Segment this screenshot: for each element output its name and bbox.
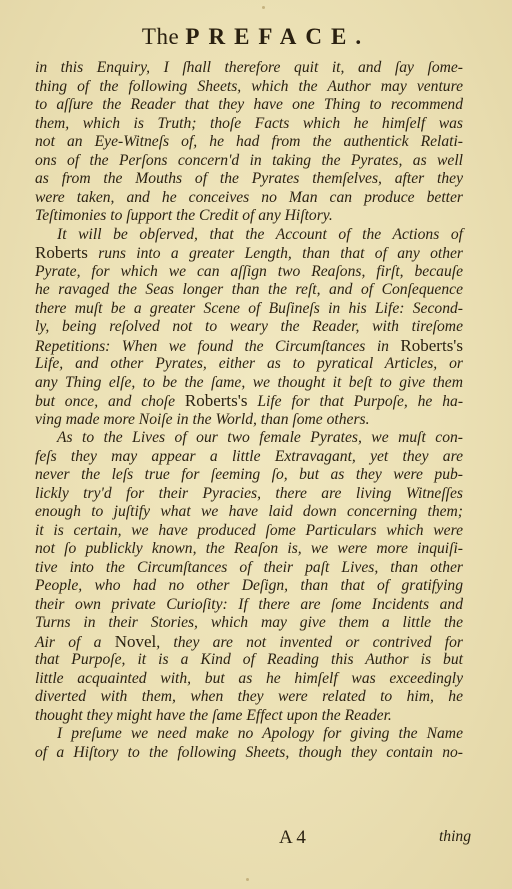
text-line: never the leſs true for ſeeming ſo, but … (35, 466, 463, 485)
text-line: he ravaged the Seas longer than the reſt… (35, 281, 463, 300)
roman-name: Roberts's (185, 391, 248, 410)
paragraph-2: It will be obſerved, that the Account of… (35, 226, 463, 430)
text-line: lickly try'd for their Pyracies, there a… (35, 485, 463, 504)
text-line: tive into the Circumſtances of their paſ… (35, 559, 463, 578)
text-line: but once, and choſe Roberts's Life for t… (35, 392, 463, 411)
text-line: their own private Curioſity: If there ar… (35, 596, 463, 615)
text-line: Life, and other Pyrates, either as to py… (35, 355, 463, 374)
text-line: ving made more Noiſe in the World, than … (35, 411, 463, 430)
text-line: Roberts runs into a greater Length, than… (35, 244, 463, 263)
text-line: it is certain, we have produced ſome Par… (35, 522, 463, 541)
text-line: as from the Mouths of the Pyrates themſe… (35, 170, 463, 189)
text-line: Turns in their Stories, which may give t… (35, 614, 463, 633)
text-line: As to the Lives of our two female Pyrate… (35, 429, 463, 448)
text-line: It will be obſerved, that the Account of… (35, 226, 463, 245)
text-line: People, who had no other Deſign, than th… (35, 577, 463, 596)
text-line: there muſt be a greater Scene of Buſineſ… (35, 300, 463, 319)
book-page: The PREFACE. in this Enquiry, I ſhall th… (0, 0, 512, 889)
signature-mark: A 4 (279, 827, 306, 849)
running-head: The PREFACE. (0, 24, 512, 50)
text-line: ly, being reſolved not to weary the Read… (35, 318, 463, 337)
text-line: thought they might have the ſame Effect … (35, 707, 463, 726)
text-line: ons of the Perſons concern'd in taking t… (35, 152, 463, 171)
paper-speck (246, 878, 249, 881)
text-line: thing of the following Sheets, which the… (35, 78, 463, 97)
text-line: that Purpoſe, it is a Kind of Reading th… (35, 651, 463, 670)
roman-name: Roberts's (400, 336, 463, 355)
roman-name: Roberts (35, 243, 88, 262)
paper-speck (262, 6, 265, 9)
running-head-prefix: The (142, 24, 179, 49)
text-line: not ſo publickly known, the Reaſon is, w… (35, 540, 463, 559)
text-line: to aſſure the Reader that they have one … (35, 96, 463, 115)
body-text: in this Enquiry, I ſhall therefore quit … (35, 59, 463, 762)
text-line: any Thing elſe, to be the ſame, we thoug… (35, 374, 463, 393)
roman-name: Novel (115, 632, 157, 651)
text-line: I preſume we need make no Apology for gi… (35, 725, 463, 744)
text-line: enough to juſtify what we have laid down… (35, 503, 463, 522)
text-line: Pyrate, for which we can aſſign two Reaſ… (35, 263, 463, 282)
text-line: were taken, and he conceives no Man can … (35, 189, 463, 208)
text-line: Teſtimonies to ſupport the Credit of any… (35, 207, 463, 226)
text-line: diverted with them, when they were relat… (35, 688, 463, 707)
text-line: them, which is Truth; thoſe Facts which … (35, 115, 463, 134)
catchword: thing (439, 828, 471, 846)
text-line: Air of a Novel, they are not invented or… (35, 633, 463, 652)
running-head-title: PREFACE. (185, 24, 370, 49)
text-line: of a Hiſtory to the following Sheets, th… (35, 744, 463, 763)
text-line: in this Enquiry, I ſhall therefore quit … (35, 59, 463, 78)
text-line: not an Eye-Witneſs of, he had from the a… (35, 133, 463, 152)
text-line: feſs they may appear a little Extravagan… (35, 448, 463, 467)
paragraph-1: in this Enquiry, I ſhall therefore quit … (35, 59, 463, 226)
page-footer: A 4 thing (35, 827, 471, 851)
text-line: Repetitions: When we found the Circumſta… (35, 337, 463, 356)
paragraph-4: I preſume we need make no Apology for gi… (35, 725, 463, 762)
text-line: little acquainted with, but as he himſel… (35, 670, 463, 689)
paragraph-3: As to the Lives of our two female Pyrate… (35, 429, 463, 725)
